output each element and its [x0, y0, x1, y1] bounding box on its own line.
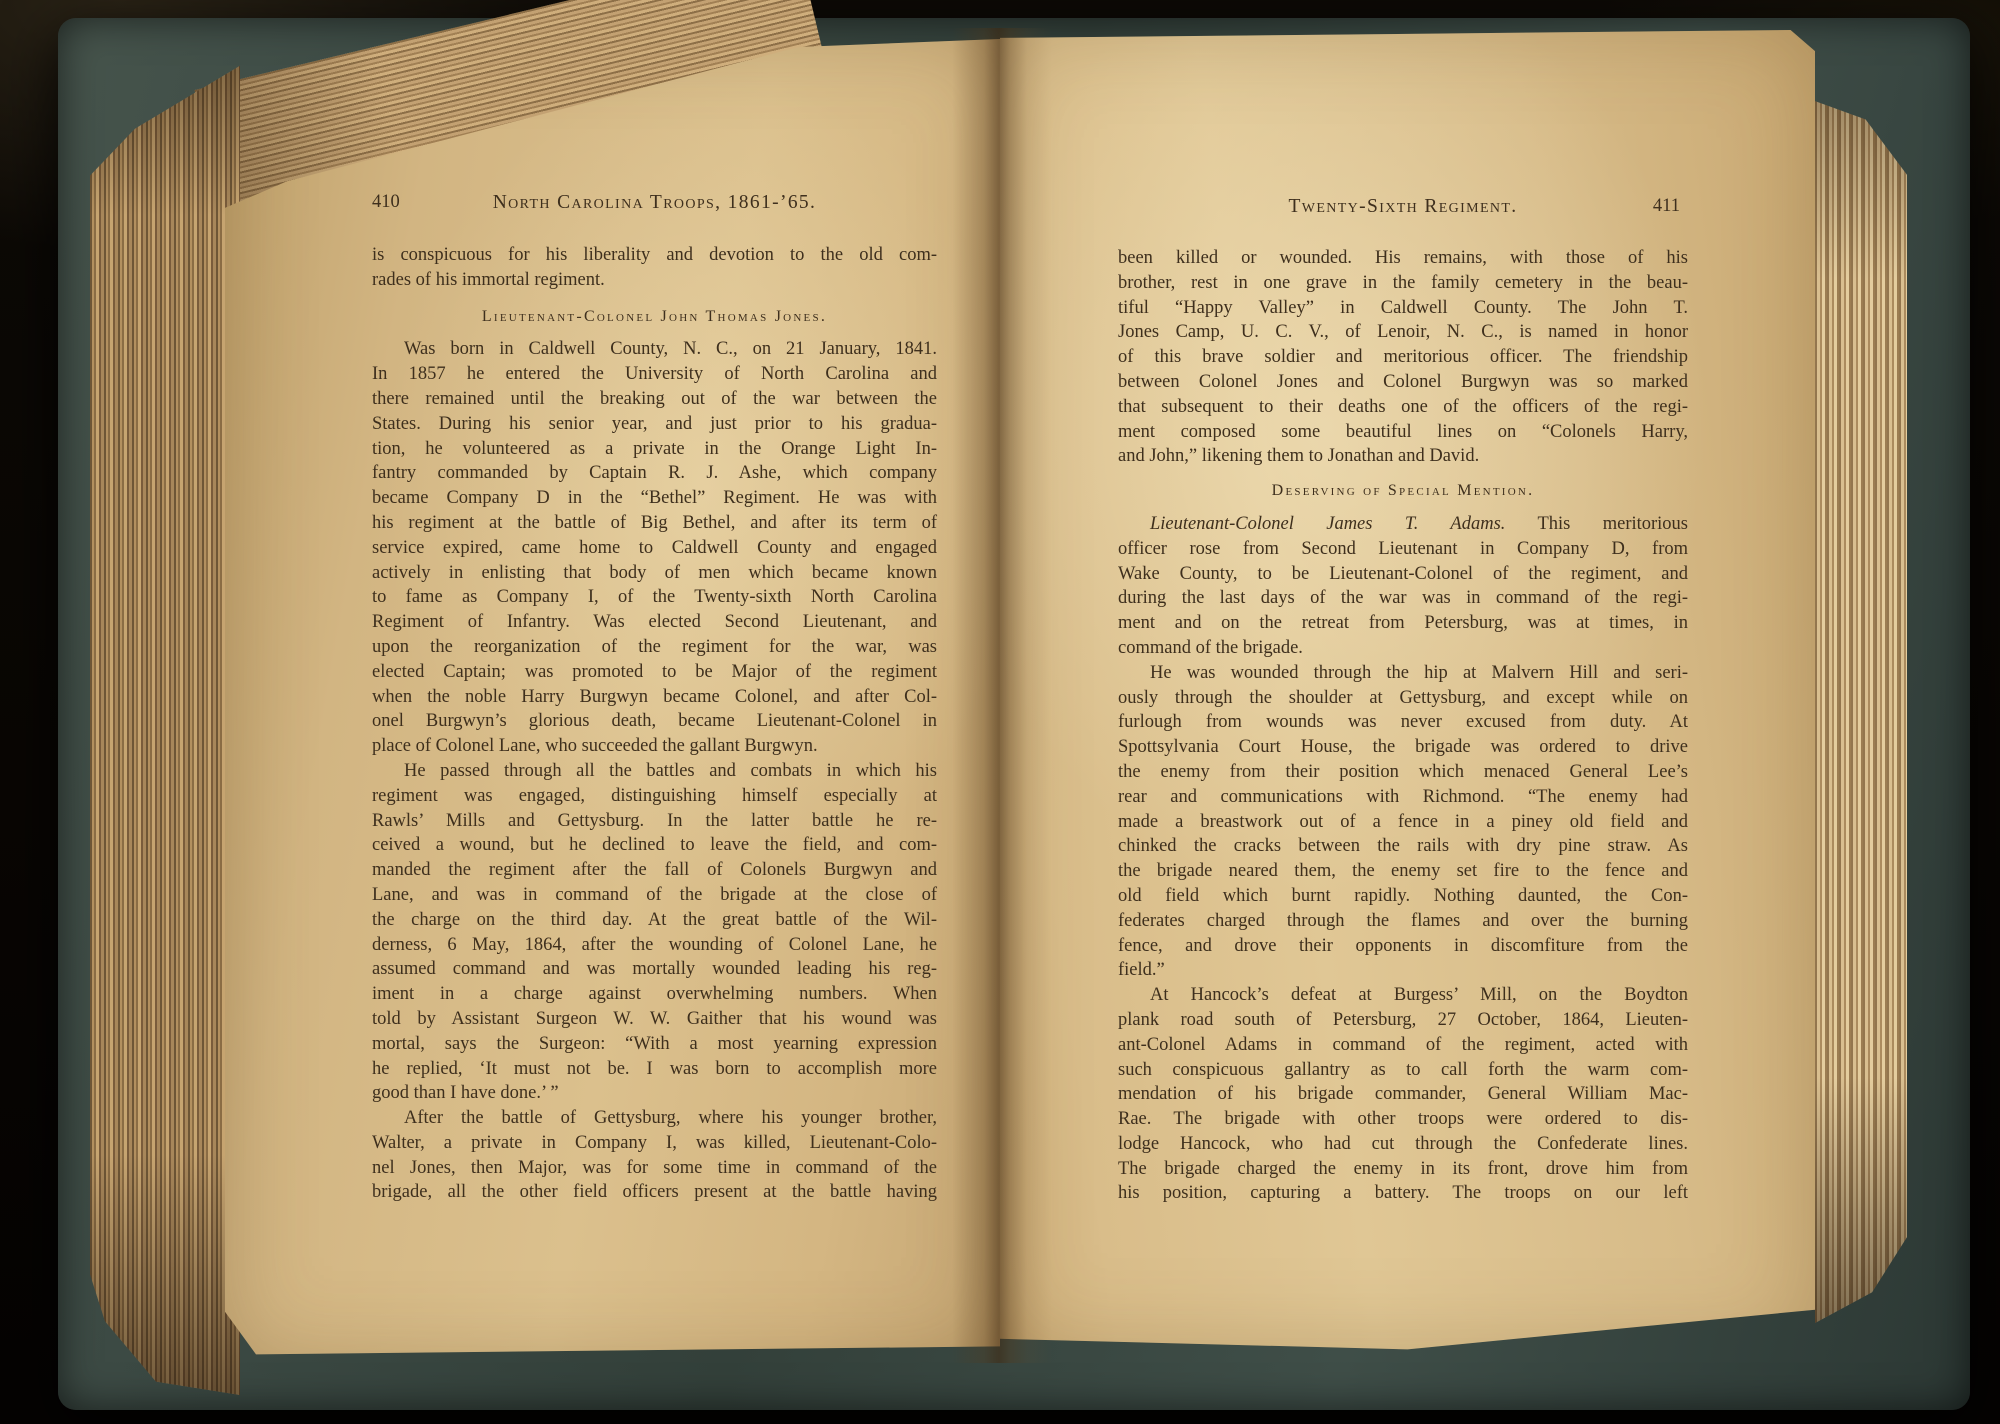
text-line: At Hancock’s defeat at Burgess’ Mill, on… [1118, 983, 1688, 1008]
text-line: plank road south of Petersburg, 27 Octob… [1118, 1008, 1688, 1033]
text-line: brother, rest in one grave in the family… [1118, 271, 1688, 296]
text-line: States. During his senior year, and just… [372, 412, 937, 437]
text-line: Regiment of Infantry. Was elected Second… [372, 610, 937, 635]
text-line: assumed command and was mortally wounded… [372, 957, 937, 982]
text-line: when the noble Harry Burgwyn became Colo… [372, 685, 937, 710]
text-line: lodge Hancock, who had cut through the C… [1118, 1132, 1688, 1157]
jones-battles-paragraph: He passed through all the battles and co… [372, 759, 937, 1106]
text-line: ously through the shoulder at Gettysburg… [1118, 686, 1688, 711]
text-line: is conspicuous for his liberality and de… [372, 243, 937, 268]
text-line: that subsequent to their deaths one of t… [1118, 395, 1688, 420]
text-line: there remained until the breaking out of… [372, 387, 937, 412]
text-line: Lane, and was in command of the brigade … [372, 883, 937, 908]
right-page-number: 411 [1653, 196, 1680, 217]
wounded-paragraph: He was wounded through the hip at Malver… [1118, 661, 1688, 983]
text-line: became Company D in the “Bethel” Regimen… [372, 486, 937, 511]
text-line: mendation of his brigade commander, Gene… [1118, 1082, 1688, 1107]
adams-paragraph: officer rose from Second Lieutenant in C… [1118, 537, 1688, 661]
text-line: ment composed some beautiful lines on “C… [1118, 420, 1688, 445]
text-line: tiful “Happy Valley” in Caldwell County.… [1118, 296, 1688, 321]
right-fore-edge-pages [1815, 95, 1907, 1323]
text-line: regiment was engaged, distinguishing him… [372, 784, 937, 809]
text-line: the enemy from their position which mena… [1118, 760, 1688, 785]
right-page-text: been killed or wounded. His remains, wit… [1118, 246, 1688, 1206]
jones-section-heading: Lieutenant-Colonel John Thomas Jones. [372, 305, 937, 330]
text-line: ment and on the retreat from Petersburg,… [1118, 611, 1688, 636]
text-line: chinked the cracks between the rails wit… [1118, 834, 1688, 859]
text-line: derness, 6 May, 1864, after the wounding… [372, 933, 937, 958]
left-running-head: 410 North Carolina Troops, 1861-’65. [372, 192, 937, 217]
text-line: ceived a wound, but he declined to leave… [372, 833, 937, 858]
text-line: command of the brigade. [1118, 636, 1688, 661]
text-line: Rae. The brigade with other troops were … [1118, 1107, 1688, 1132]
text-line: such conspicuous gallantry as to call fo… [1118, 1058, 1688, 1083]
text-line: After the battle of Gettysburg, where hi… [372, 1106, 937, 1131]
left-page-number: 410 [372, 192, 400, 213]
text-line: furlough from wounds was never excused f… [1118, 710, 1688, 735]
text-line: The brigade charged the enemy in its fro… [1118, 1157, 1688, 1182]
book-gutter-shadow [952, 28, 1052, 1363]
jones-after-gettysburg-paragraph: After the battle of Gettysburg, where hi… [372, 1106, 937, 1205]
special-mention-heading: Deserving of Special Mention. [1118, 479, 1688, 504]
text-line: been killed or wounded. His remains, wit… [1118, 246, 1688, 271]
text-line: Was born in Caldwell County, N. C., on 2… [372, 337, 937, 362]
text-line: upon the reorganization of the regiment … [372, 635, 937, 660]
text-line: his regiment at the battle of Big Bethel… [372, 511, 937, 536]
text-line: mortal, says the Surgeon: “With a most y… [372, 1032, 937, 1057]
text-line: between Colonel Jones and Colonel Burgwy… [1118, 370, 1688, 395]
text-line: Spottsylvania Court House, the brigade w… [1118, 735, 1688, 760]
hancock-paragraph: At Hancock’s defeat at Burgess’ Mill, on… [1118, 983, 1688, 1206]
continuation-paragraph: been killed or wounded. His remains, wit… [1118, 246, 1688, 469]
text-line: during the last days of the war was in c… [1118, 586, 1688, 611]
text-line: service expired, came home to Caldwell C… [372, 536, 937, 561]
text-line: fence, and drove their opponents in disc… [1118, 934, 1688, 959]
text-line: told by Assistant Surgeon W. W. Gaither … [372, 1007, 937, 1032]
text-line: brigade, all the other field officers pr… [372, 1180, 937, 1205]
adams-paragraph-first-line: Lieutenant-Colonel James T. Adams. This … [1118, 512, 1688, 537]
left-page-text: is conspicuous for his liberality and de… [372, 243, 937, 1205]
left-running-title: North Carolina Troops, 1861-’65. [372, 192, 937, 214]
text-line: the charge on the third day. At the grea… [372, 908, 937, 933]
text-line: iment in a charge against overwhelming n… [372, 982, 937, 1007]
adams-name-italic: Lieutenant-Colonel James T. Adams. [1150, 514, 1505, 534]
text-line: the brigade neared them, the enemy set f… [1118, 859, 1688, 884]
text-line: officer rose from Second Lieutenant in C… [1118, 537, 1688, 562]
text-line: actively in enlisting that body of men w… [372, 561, 937, 586]
text-line: old field which burnt rapidly. Nothing d… [1118, 884, 1688, 909]
text-line: Jones Camp, U. C. V., of Lenoir, N. C., … [1118, 320, 1688, 345]
book-photograph: 410 North Carolina Troops, 1861-’65. is … [0, 0, 2000, 1424]
text-line: rades of his immortal regiment. [372, 268, 937, 293]
text-line: Wake County, to be Lieutenant-Colonel of… [1118, 562, 1688, 587]
text-line: manded the regiment after the fall of Co… [372, 858, 937, 883]
text-line: He passed through all the battles and co… [372, 759, 937, 784]
text-line: of this brave soldier and meritorious of… [1118, 345, 1688, 370]
left-fore-edge-pages [90, 55, 240, 1395]
text-line: fantry commanded by Captain R. J. Ashe, … [372, 461, 937, 486]
text-line: tion, he volunteered as a private in the… [372, 437, 937, 462]
right-running-head: Twenty-Sixth Regiment. 411 [1118, 196, 1688, 221]
text-line: nel Jones, then Major, was for some time… [372, 1156, 937, 1181]
right-running-title: Twenty-Sixth Regiment. [1118, 196, 1688, 218]
text-line: He was wounded through the hip at Malver… [1118, 661, 1688, 686]
text-line: he replied, ‘It must not be. I was born … [372, 1057, 937, 1082]
text-line: his position, capturing a battery. The t… [1118, 1181, 1688, 1206]
text-line: Rawls’ Mills and Gettysburg. In the latt… [372, 809, 937, 834]
text-line: field.” [1118, 958, 1688, 983]
text-line: to fame as Company I, of the Twenty-sixt… [372, 585, 937, 610]
text-line: Walter, a private in Company I, was kill… [372, 1131, 937, 1156]
jones-bio-paragraph: Was born in Caldwell County, N. C., on 2… [372, 337, 937, 759]
adams-first-line-rest: This meritorious [1537, 514, 1688, 534]
text-line: made a breastwork out of a fence in a pi… [1118, 810, 1688, 835]
intro-paragraph: is conspicuous for his liberality and de… [372, 243, 937, 293]
text-line: ant-Colonel Adams in command of the regi… [1118, 1033, 1688, 1058]
text-line: place of Colonel Lane, who succeeded the… [372, 734, 937, 759]
text-line: In 1857 he entered the University of Nor… [372, 362, 937, 387]
text-line: rear and communications with Richmond. “… [1118, 785, 1688, 810]
text-line: good than I have done.’ ” [372, 1081, 937, 1106]
text-line: onel Burgwyn’s glorious death, became Li… [372, 709, 937, 734]
text-line: and John,” likening them to Jonathan and… [1118, 444, 1688, 469]
text-line: elected Captain; was promoted to be Majo… [372, 660, 937, 685]
text-line: federates charged through the flames and… [1118, 909, 1688, 934]
